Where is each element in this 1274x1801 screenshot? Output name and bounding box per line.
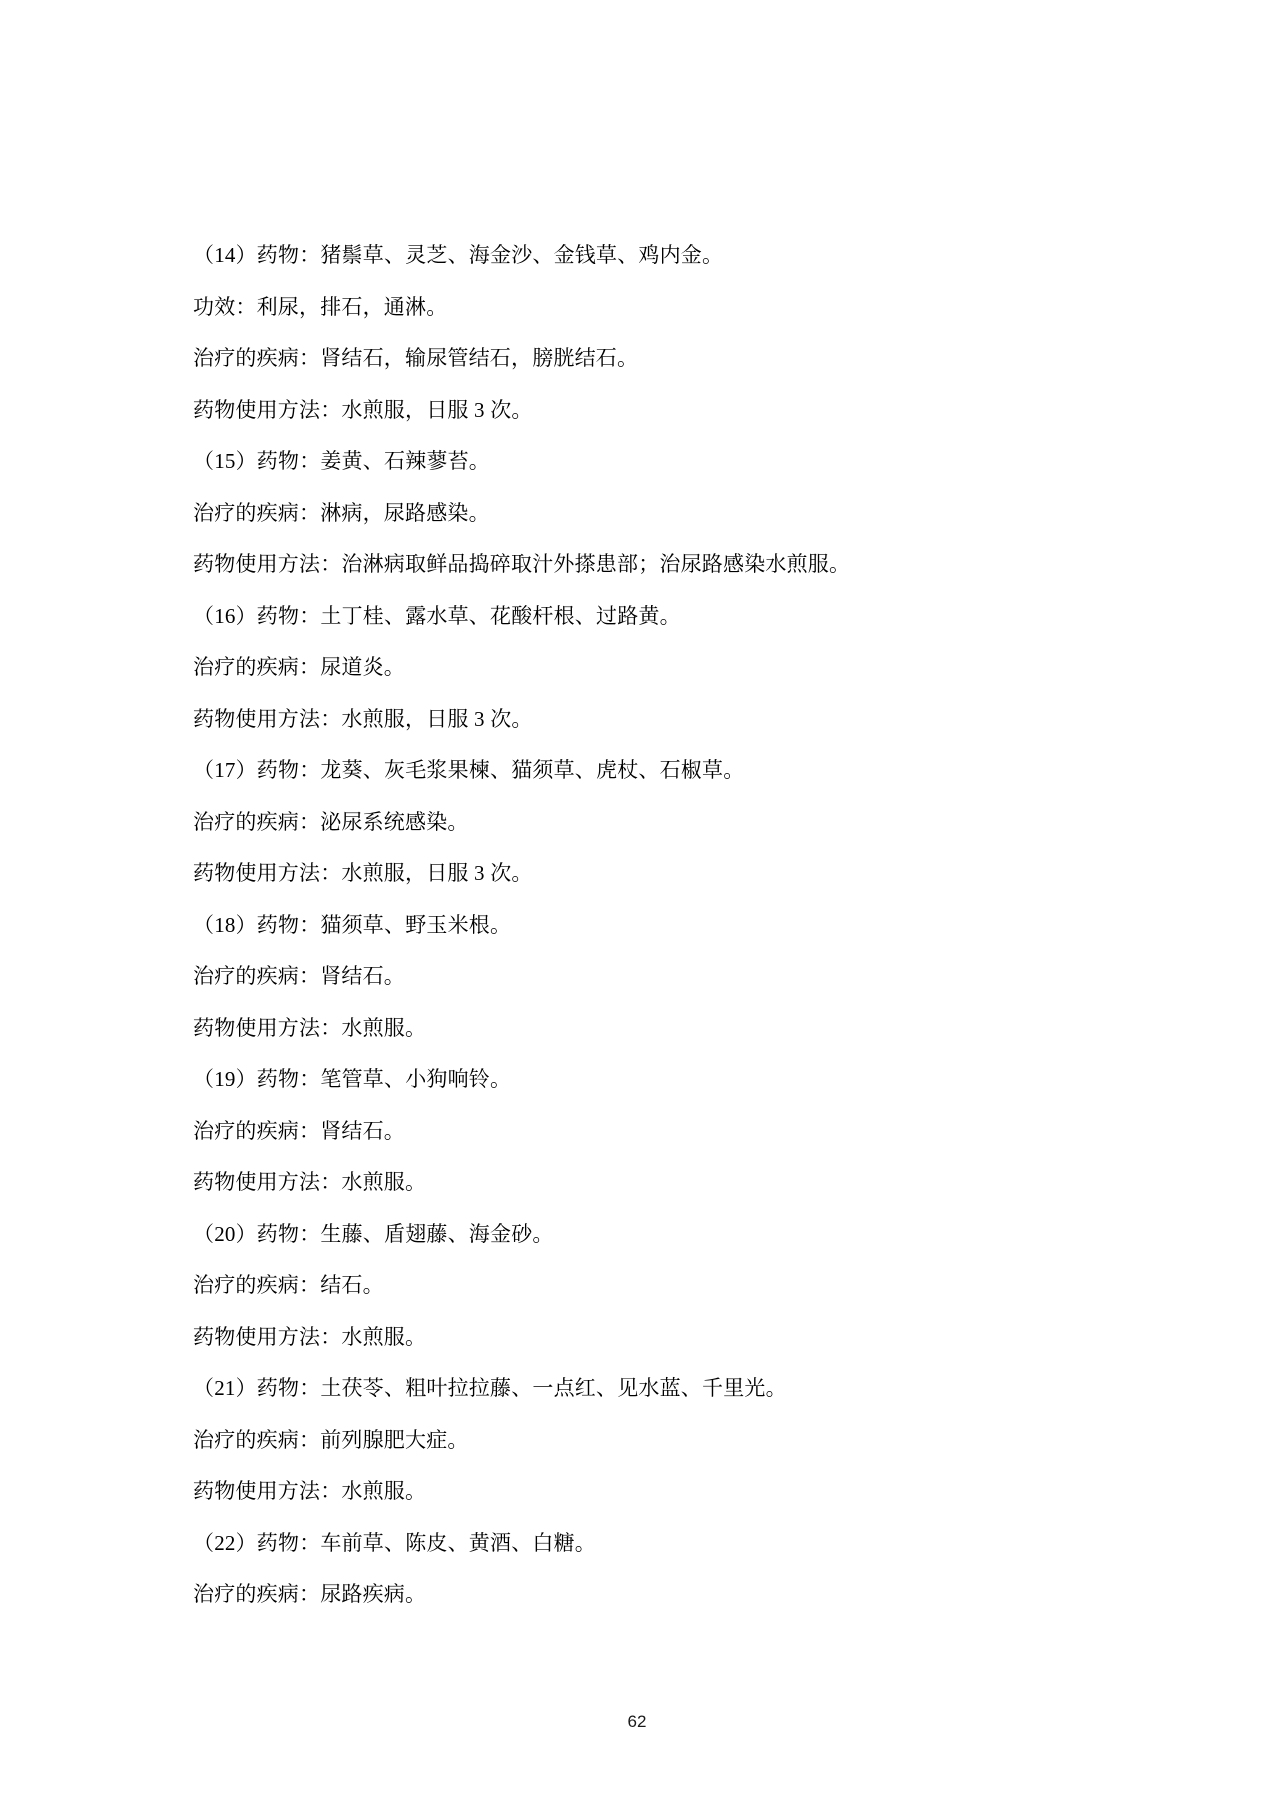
page-number: 62 (0, 1712, 1274, 1732)
doc-line: 治疗的疾病：泌尿系统感染。 (193, 797, 1154, 849)
doc-line: （18）药物：猫须草、野玉米根。 (193, 900, 1154, 952)
document-body: （14）药物：猪鬃草、灵芝、海金沙、金钱草、鸡内金。 功效：利尿，排石，通淋。 … (193, 230, 1154, 1621)
doc-line: 药物使用方法：水煎服，日服 3 次。 (193, 848, 1154, 900)
doc-line: 治疗的疾病：肾结石，输尿管结石，膀胱结石。 (193, 333, 1154, 385)
doc-line: 治疗的疾病：尿路疾病。 (193, 1569, 1154, 1621)
doc-line: 药物使用方法：水煎服，日服 3 次。 (193, 385, 1154, 437)
doc-line: 治疗的疾病：尿道炎。 (193, 642, 1154, 694)
doc-line: （14）药物：猪鬃草、灵芝、海金沙、金钱草、鸡内金。 (193, 230, 1154, 282)
doc-line: （20）药物：生藤、盾翅藤、海金砂。 (193, 1209, 1154, 1261)
doc-line: （21）药物：土茯苓、粗叶拉拉藤、一点红、见水蓝、千里光。 (193, 1363, 1154, 1415)
doc-line: （17）药物：龙葵、灰毛浆果楝、猫须草、虎杖、石椒草。 (193, 745, 1154, 797)
doc-line: 治疗的疾病：肾结石。 (193, 1106, 1154, 1158)
doc-line: 治疗的疾病：淋病，尿路感染。 (193, 488, 1154, 540)
doc-line: （16）药物：土丁桂、露水草、花酸杆根、过路黄。 (193, 591, 1154, 643)
doc-line: 治疗的疾病：结石。 (193, 1260, 1154, 1312)
doc-line: 治疗的疾病：肾结石。 (193, 951, 1154, 1003)
doc-line: 功效：利尿，排石，通淋。 (193, 282, 1154, 334)
doc-line: 药物使用方法：治淋病取鲜品捣碎取汁外搽患部；治尿路感染水煎服。 (193, 539, 1154, 591)
document-page: （14）药物：猪鬃草、灵芝、海金沙、金钱草、鸡内金。 功效：利尿，排石，通淋。 … (0, 0, 1274, 1801)
doc-line: （22）药物：车前草、陈皮、黄酒、白糖。 (193, 1518, 1154, 1570)
doc-line: 药物使用方法：水煎服。 (193, 1466, 1154, 1518)
doc-line: 药物使用方法：水煎服，日服 3 次。 (193, 694, 1154, 746)
doc-line: 治疗的疾病：前列腺肥大症。 (193, 1415, 1154, 1467)
doc-line: 药物使用方法：水煎服。 (193, 1003, 1154, 1055)
doc-line: （19）药物：笔管草、小狗响铃。 (193, 1054, 1154, 1106)
doc-line: （15）药物：姜黄、石辣蓼苔。 (193, 436, 1154, 488)
doc-line: 药物使用方法：水煎服。 (193, 1157, 1154, 1209)
doc-line: 药物使用方法：水煎服。 (193, 1312, 1154, 1364)
